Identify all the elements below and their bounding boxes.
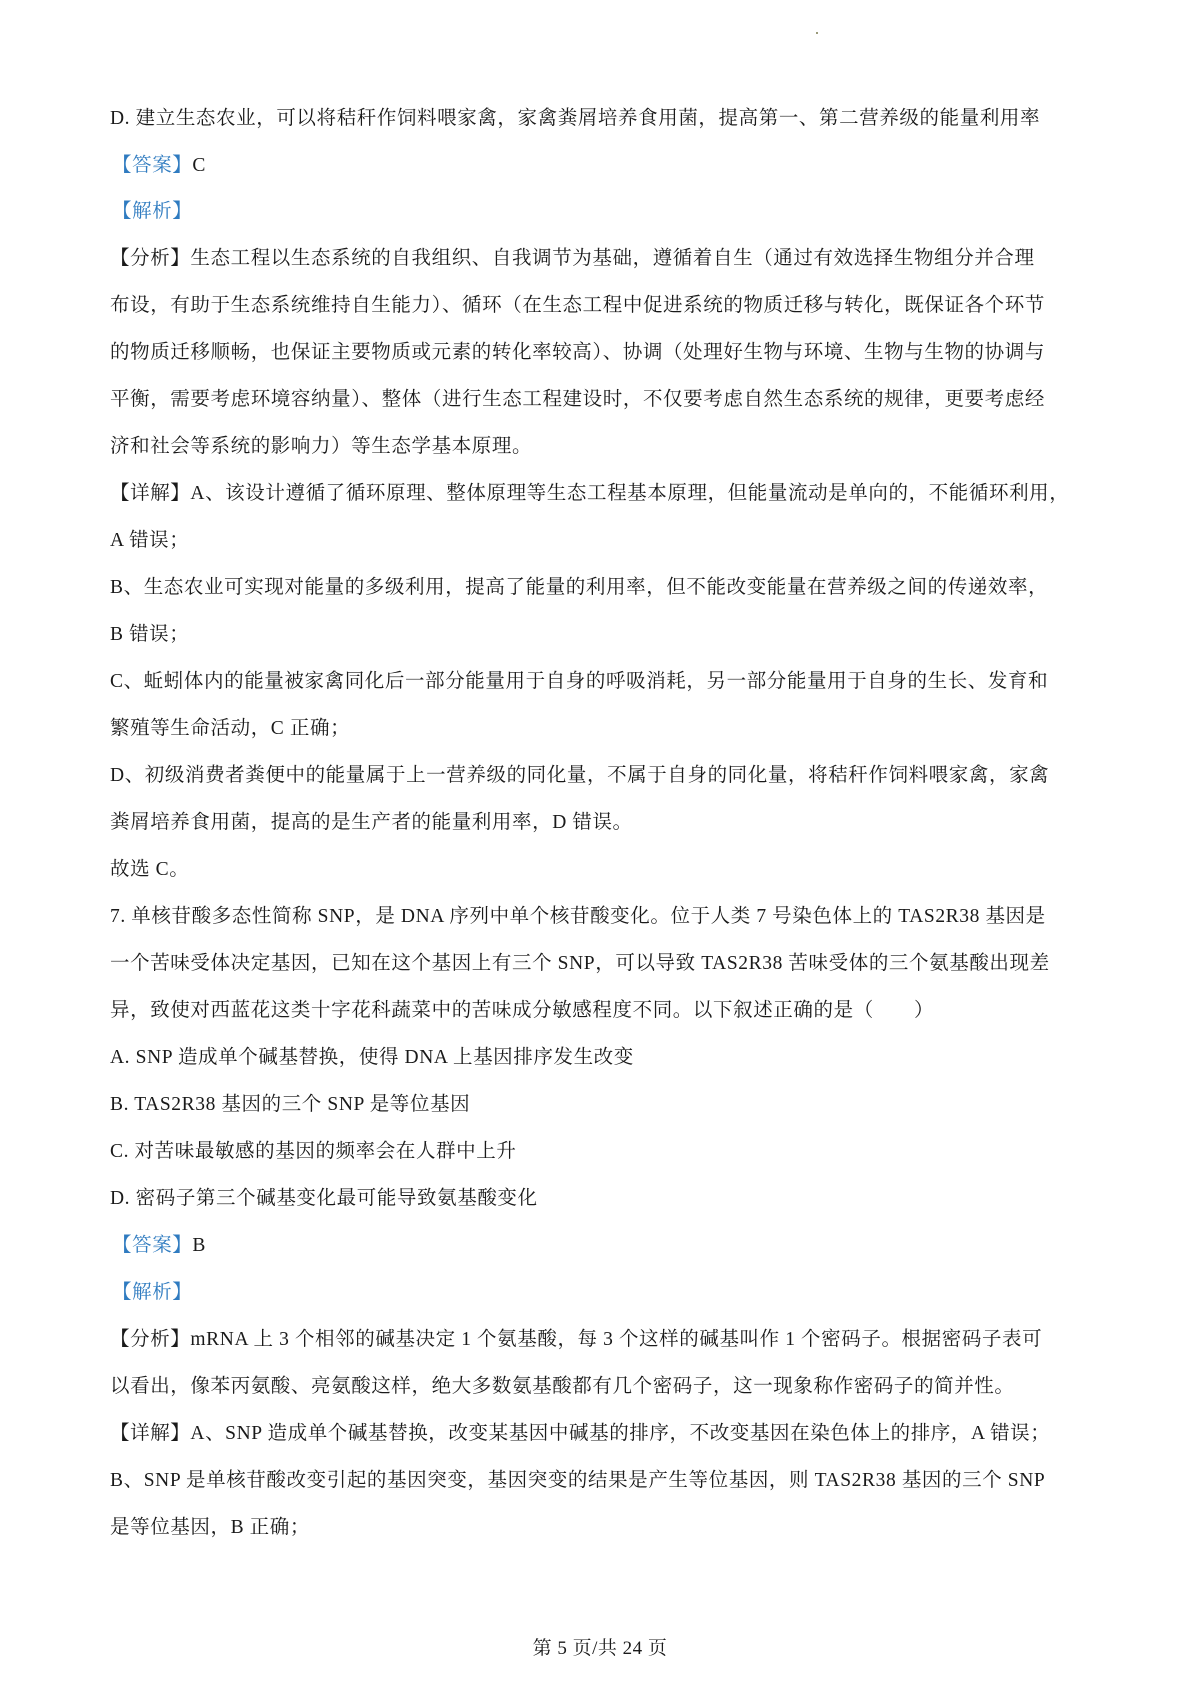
q7-xiangjie-a: 【详解】A、SNP 造成单个碱基替换，改变某基因中碱基的排序，不改变基因在染色体… (110, 1421, 1100, 1447)
q6-conclusion: 故选 C。 (110, 857, 1100, 883)
q7-stem-line-3: 异，致使对西蓝花这类十字花科蔬菜中的苦味成分敏感程度不同。以下叙述正确的是（ ） (110, 998, 1100, 1024)
q6-fenxi-line-4: 平衡，需要考虑环境容纳量）、整体（进行生态工程建设时，不仅要考虑自然生态系统的规… (110, 387, 1100, 413)
q6-xiangjie-a-line-2: A 错误； (110, 528, 1100, 554)
q7-answer: 【答案】B (112, 1233, 1102, 1259)
document-page: D. 建立生态农业，可以将秸秆作饲料喂家禽，家禽粪屑培养食用菌，提高第一、第二营… (0, 0, 1200, 1698)
answer-value: C (192, 155, 206, 176)
q7-stem-line-2: 一个苦味受体决定基因，已知在这个基因上有三个 SNP，可以导致 TAS2R38 … (110, 951, 1100, 977)
q6-xiangjie-c-line-2: 繁殖等生命活动，C 正确； (110, 716, 1100, 742)
q7-option-d: D. 密码子第三个碱基变化最可能导致氨基酸变化 (110, 1186, 1100, 1212)
q7-fenxi-line-1: 【分析】mRNA 上 3 个相邻的碱基决定 1 个氨基酸，每 3 个这样的碱基叫… (110, 1327, 1100, 1353)
answer-tag: 【答案】 (112, 155, 192, 176)
q7-analysis-heading: 【解析】 (112, 1280, 1102, 1306)
q6-xiangjie-b-line-2: B 错误； (110, 622, 1100, 648)
q6-fenxi-line-3: 的物质迁移顺畅，也保证主要物质或元素的转化率较高）、协调（处理好生物与环境、生物… (110, 340, 1100, 366)
q6-fenxi-line-1: 【分析】生态工程以生态系统的自我组织、自我调节为基础，遵循着自生（通过有效选择生… (110, 246, 1100, 272)
q7-option-c: C. 对苦味最敏感的基因的频率会在人群中上升 (110, 1139, 1100, 1165)
q7-option-b: B. TAS2R38 基因的三个 SNP 是等位基因 (110, 1092, 1100, 1118)
page-number-footer: 第 5 页/共 24 页 (0, 1637, 1200, 1661)
q6-analysis-heading: 【解析】 (112, 199, 1102, 225)
q7-fenxi-line-2: 以看出，像苯丙氨酸、亮氨酸这样，绝大多数氨基酸都有几个密码子，这一现象称作密码子… (110, 1374, 1100, 1400)
q6-xiangjie-d-line-2: 粪屑培养食用菌，提高的是生产者的能量利用率，D 错误。 (110, 810, 1100, 836)
answer-tag: 【答案】 (112, 1235, 192, 1256)
scan-artifact-dot (816, 32, 818, 34)
q6-xiangjie-d-line-1: D、初级消费者粪便中的能量属于上一营养级的同化量，不属于自身的同化量，将秸秆作饲… (110, 763, 1100, 789)
q7-xiangjie-b-line-1: B、SNP 是单核苷酸改变引起的基因突变，基因突变的结果是产生等位基因，则 TA… (110, 1468, 1100, 1494)
analysis-tag: 【解析】 (112, 1282, 192, 1303)
q6-answer: 【答案】C (112, 153, 1102, 179)
analysis-tag: 【解析】 (112, 201, 192, 222)
answer-value: B (192, 1235, 206, 1256)
q7-option-a: A. SNP 造成单个碱基替换，使得 DNA 上基因排序发生改变 (110, 1045, 1100, 1071)
q6-xiangjie-c-line-1: C、蚯蚓体内的能量被家禽同化后一部分能量用于自身的呼吸消耗，另一部分能量用于自身… (110, 669, 1100, 695)
q6-xiangjie-b-line-1: B、生态农业可实现对能量的多级利用，提高了能量的利用率，但不能改变能量在营养级之… (110, 575, 1100, 601)
q7-xiangjie-b-line-2: 是等位基因，B 正确； (110, 1515, 1100, 1541)
q6-xiangjie-a-line-1: 【详解】A、该设计遵循了循环原理、整体原理等生态工程基本原理，但能量流动是单向的… (110, 481, 1100, 507)
q6-option-d: D. 建立生态农业，可以将秸秆作饲料喂家禽，家禽粪屑培养食用菌，提高第一、第二营… (110, 106, 1100, 132)
q6-fenxi-line-5: 济和社会等系统的影响力）等生态学基本原理。 (110, 434, 1100, 460)
q7-stem-line-1: 7. 单核苷酸多态性简称 SNP，是 DNA 序列中单个核苷酸变化。位于人类 7… (110, 904, 1100, 930)
q6-fenxi-line-2: 布设，有助于生态系统维持自生能力）、循环（在生态工程中促进系统的物质迁移与转化，… (110, 293, 1100, 319)
